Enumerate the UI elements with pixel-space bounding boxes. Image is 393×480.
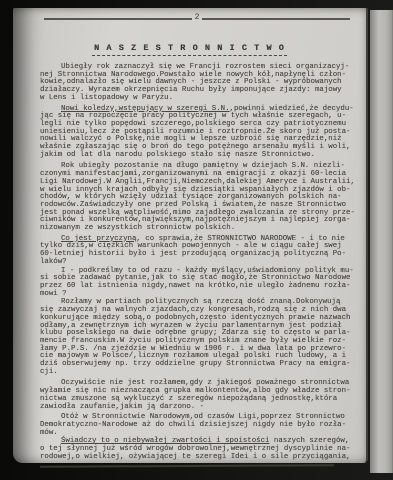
- document-title: N A S Z E S T R O N N I C T W O: [92, 43, 287, 56]
- paragraph-3-text: Rok ubiegły pozostanie na długo pamiętny…: [40, 162, 355, 232]
- header-rule-right: [202, 18, 350, 20]
- paragraph-6: Rozłamy w partiach politycznych są rzecz…: [40, 299, 362, 376]
- paragraph-6-text: Rozłamy w partiach politycznych są rzecz…: [40, 298, 350, 375]
- paragraph-8-text: Otóż w Stronnictwie Narodowym,od czasów …: [40, 413, 346, 436]
- paragraph-4: Co jest przyczyną, co sprawia,że STRONNI…: [40, 236, 362, 267]
- title-row: N A S Z E S T R O N N I C T W O: [13, 37, 366, 56]
- paragraph-1: Ubiegły rok zaznaczył się we Francji roz…: [40, 64, 362, 103]
- page-number: 2: [195, 14, 200, 22]
- document-body: Ubiegły rok zaznaczył się we Francji roz…: [13, 64, 366, 461]
- document-page: 2 N A S Z E S T R O N N I C T W O Ubiegł…: [13, 8, 368, 463]
- paragraph-9: Świadczy to o niebywałej zwartości i spo…: [40, 438, 362, 461]
- scanned-document: 2 N A S Z E S T R O N N I C T W O Ubiegł…: [0, 0, 393, 480]
- paragraph-2: Nowi koledzy,wstępujący w szeregi S.N.,p…: [40, 106, 362, 160]
- paragraph-1-text: Ubiegły rok zaznaczył się we Francji roz…: [40, 63, 349, 102]
- paragraph-7: Oczywiście nie jest rozłamem,gdy z jakie…: [40, 380, 362, 411]
- adjacent-page-edge: [370, 10, 393, 473]
- paragraph-2-text: ,powinni wiedzieć,że decydu- jąc się na …: [40, 105, 354, 159]
- paragraph-5: I - podkreślmy to od razu - każdy myśląc…: [40, 268, 362, 299]
- header-rule-left: [44, 18, 192, 20]
- paragraph-8: Otóż w Stronnictwie Narodowym,od czasów …: [40, 414, 362, 437]
- page-footer-rule: [40, 465, 334, 468]
- paragraph-3: Rok ubiegły pozostanie na długo pamiętny…: [40, 163, 362, 232]
- paragraph-7-text: Oczywiście nie jest rozłamem,gdy z jakie…: [40, 379, 350, 410]
- page-header-rule: 2: [44, 15, 350, 23]
- paragraph-5-text: I - podkreślmy to od razu - każdy myśląc…: [40, 267, 354, 298]
